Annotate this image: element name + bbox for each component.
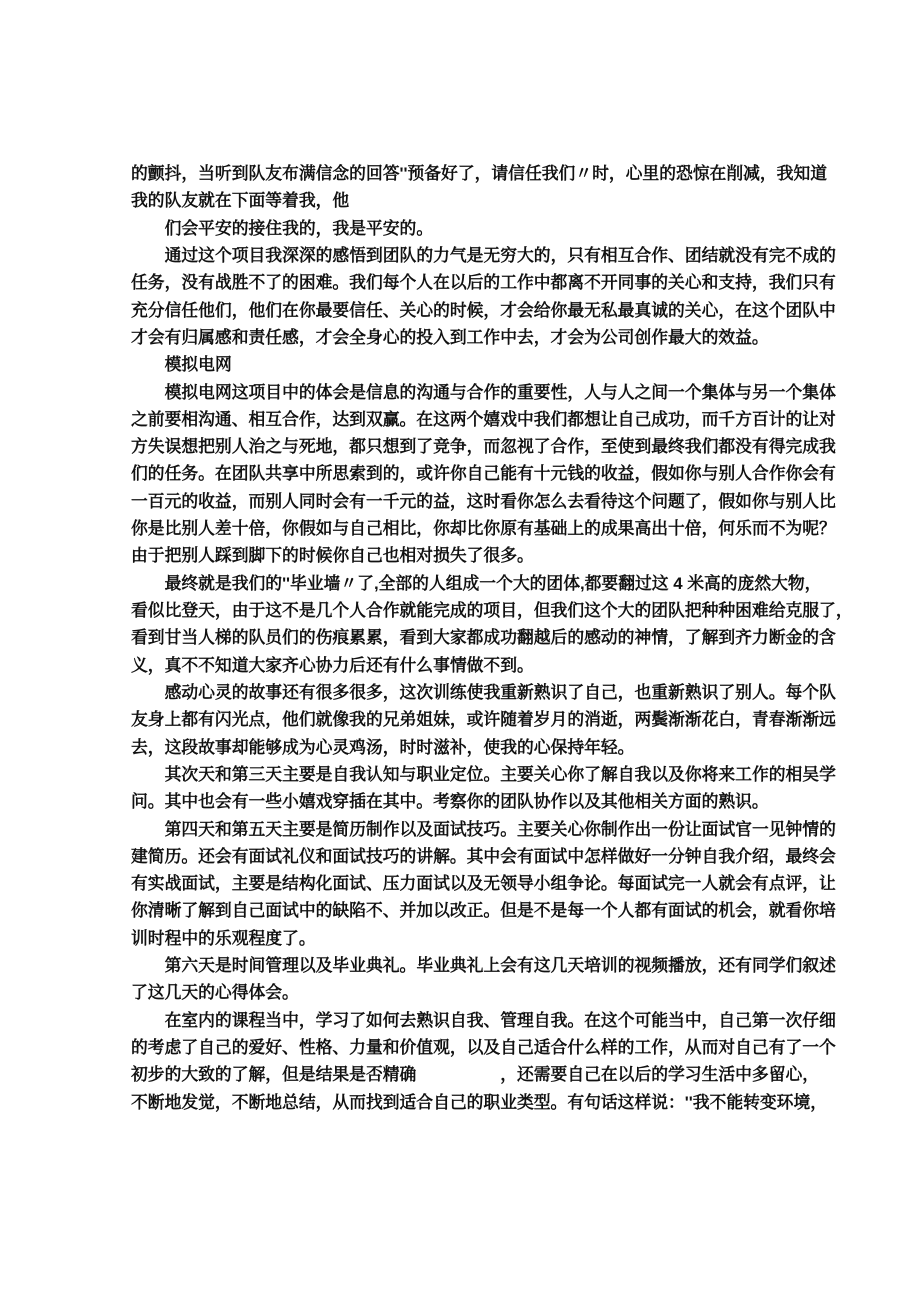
text-line: 你清晰了解到自己面试中的缺陷不、并加以改正。但是不是每一个人都有面试的机会，就看…: [131, 897, 831, 924]
text-line: 问。其中也会有一些小嬉戏穿插在其中。考察你的团队协作以及其他相关方面的熟识。: [131, 788, 831, 815]
text-line: 们会平安的接住我的，我是平安的。: [131, 215, 831, 242]
text-line: 第六天是时间管理以及毕业典礼。毕业典礼上会有这几天培训的视频播放，还有同学们叙述: [131, 952, 831, 979]
text-line: 建简历。还会有面试礼仪和面试技巧的讲解。其中会有面试中怎样做好一分钟自我介绍，最…: [131, 843, 831, 870]
text-line: 了这几天的心得体会。: [131, 979, 831, 1006]
text-line: 的考虑了自己的爱好、性格、力量和价值观，以及自己适合什么样的工作，从而对自己有了…: [131, 1034, 831, 1061]
text-line: 去，这段故事却能够成为心灵鸡汤，时时滋补，使我的心保持年轻。: [131, 734, 831, 761]
text-line: 才会有归属感和责任感，才会全身心的投入到工作中去，才会为公司创作最大的效益。: [131, 324, 831, 351]
text-line: 的颤抖，当听到队友布满信念的回答''预备好了，请信任我们〃时，心里的恐惊在削减，…: [131, 160, 831, 187]
text-line: 初步的大致的了解，但是结果是否精确 ，还需要自己在以后的学习生活中多留心，: [131, 1061, 831, 1088]
text-line: 义，真不不知道大家齐心协力后还有什么事情做不到。: [131, 652, 831, 679]
text-line: 充分信任他们，他们在你最要信任、关心的时候，才会给你最无私最真诚的关心，在这个团…: [131, 297, 831, 324]
text-line: 看似比登天，由于这不是几个人合作就能完成的项目，但我们这个大的团队把种种困难给克…: [131, 597, 831, 624]
text-line: 之前要相沟通、相互合作，达到双赢。在这两个嬉戏中我们都想让自己成功，而千方百计的…: [131, 406, 831, 433]
text-line: 你是比别人差十倍，你假如与自己相比，你却比你原有基础上的成果高出十倍，何乐而不为…: [131, 515, 831, 542]
text-line: 最终就是我们的''毕业墙〃了,全部的人组成一个大的团体,都要翻过这 4 米高的庞…: [131, 570, 831, 597]
text-line: 模拟电网: [131, 351, 831, 378]
text-line: 感动心灵的故事还有很多很多，这次训练使我重新熟识了自己，也重新熟识了别人。每个队: [131, 679, 831, 706]
text-line: 任务，没有战胜不了的困难。我们每个人在以后的工作中都离不开同事的关心和支持，我们…: [131, 269, 831, 296]
text-line: 有实战面试，主要是结构化面试、压力面试以及无领导小组争论。每面试完一人就会有点评…: [131, 870, 831, 897]
text-line: 通过这个项目我深深的感悟到团队的力气是无穷大的，只有相互合作、团结就没有完不成的: [131, 242, 831, 269]
text-line: 在室内的课程当中，学习了如何去熟识自我、管理自我。在这个可能当中，自己第一次仔细: [131, 1007, 831, 1034]
text-line: 我的队友就在下面等着我，他: [131, 187, 831, 214]
document-text-block: 的颤抖，当听到队友布满信念的回答''预备好了，请信任我们〃时，心里的恐惊在削减，…: [131, 160, 831, 1116]
text-line: 训时程中的乐观程度了。: [131, 925, 831, 952]
text-line: 一百元的收益，而别人同时会有一千元的益，这时看你怎么去看待这个问题了，假如你与别…: [131, 488, 831, 515]
text-line: 模拟电网这项目中的体会是信息的沟通与合作的重要性，人与人之间一个集体与另一个集体: [131, 379, 831, 406]
document-page: 的颤抖，当听到队友布满信念的回答''预备好了，请信任我们〃时，心里的恐惊在削减，…: [0, 0, 920, 1301]
text-line: 看到甘当人梯的队员们的伤痕累累，看到大家都成功翻越后的感动的神情，了解到齐力断金…: [131, 624, 831, 651]
text-line: 友身上都有闪光点，他们就像我的兄弟姐妹，或许随着岁月的消逝，两鬓渐渐花白，青春渐…: [131, 706, 831, 733]
text-line: 其次天和第三天主要是自我认知与职业定位。主要关心你了解自我以及你将来工作的相吴学: [131, 761, 831, 788]
text-line: 第四天和第五天主要是简历制作以及面试技巧。主要关心你制作出一份让面试官一见钟情的: [131, 816, 831, 843]
text-line: 们的任务。在团队共享中所思索到的，或许你自己能有十元钱的收益，假如你与别人合作你…: [131, 460, 831, 487]
text-line: 由于把别人踩到脚下的时候你自己也相对损失了很多。: [131, 542, 831, 569]
text-line: 不断地发觉，不断地总结，从而找到适合自己的职业类型。有句话这样说：''我不能转变…: [131, 1089, 831, 1116]
text-line: 方失误想把别人治之与死地，都只想到了竞争，而忽视了合作，至使到最终我们都没有得完…: [131, 433, 831, 460]
